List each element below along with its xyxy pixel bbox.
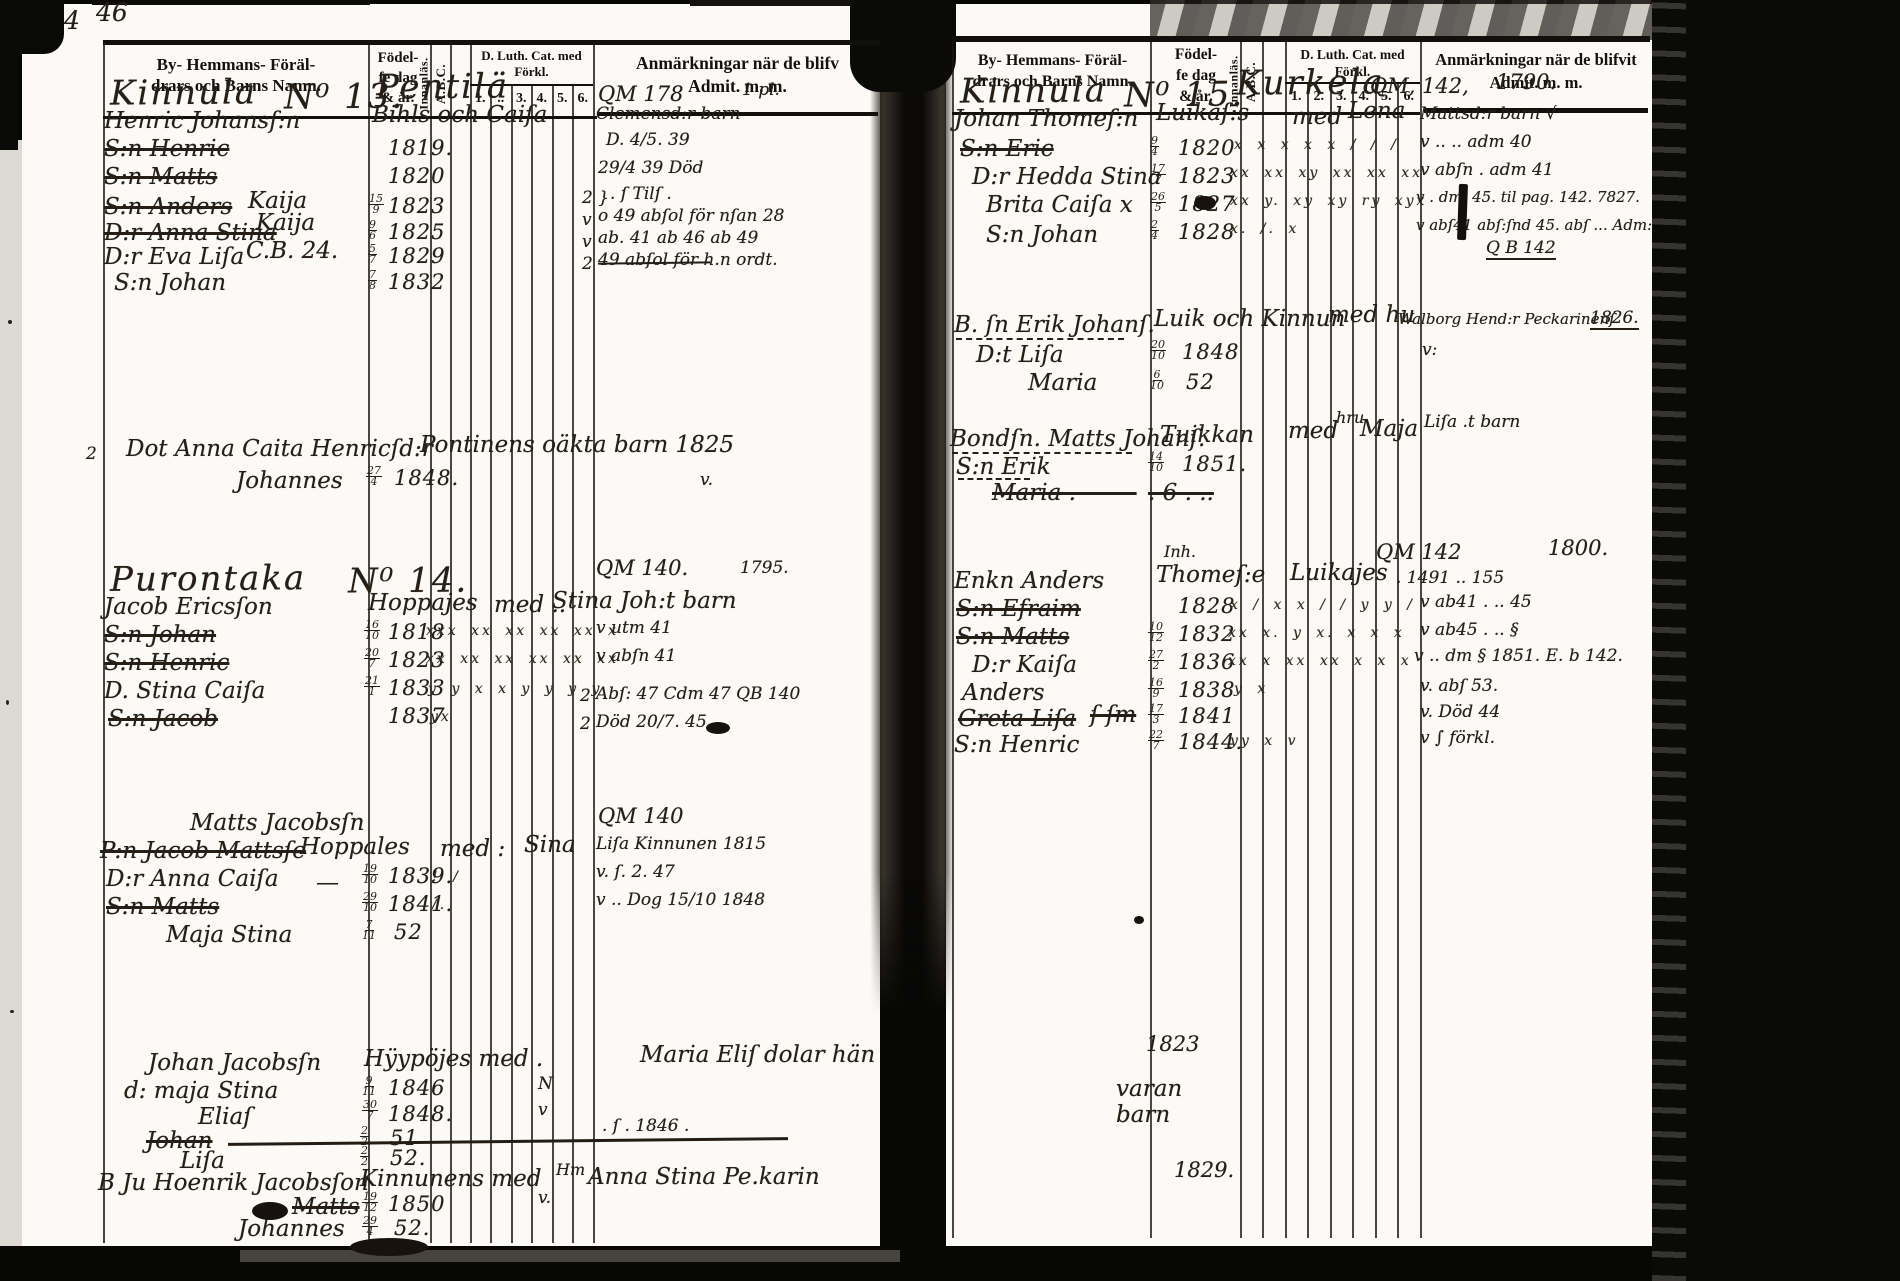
- dashed-underline: [958, 478, 1030, 480]
- remark-note: . 1491 .. 155: [1396, 570, 1504, 587]
- remark-note: Död 20/7. 45: [596, 714, 707, 731]
- remark-note: 1 pl.: [742, 82, 780, 99]
- entry-name: D:r Hedda Stina: [972, 166, 1162, 189]
- entry-name: Hÿypöjes med .: [364, 1048, 543, 1071]
- remark-note: v abſn . adm 41: [1420, 162, 1554, 179]
- attendance-marks: y y x x y y y y: [428, 682, 602, 696]
- remark-note: v ab45 . .. §: [1420, 622, 1519, 639]
- birth-date-fraction: 207: [364, 648, 380, 669]
- birth-year: 1823: [388, 196, 445, 217]
- village-heading: Purontaka: [110, 561, 306, 597]
- ink-blot: [1134, 916, 1144, 924]
- entry-name: D:t Liſa: [976, 344, 1064, 367]
- entry-name: Anders: [962, 682, 1045, 705]
- remark-note: v. Död 44: [1420, 704, 1500, 721]
- remark-note: Liſa .t barn: [1424, 414, 1520, 431]
- remark-note-large: QM, 142,: [1370, 76, 1469, 97]
- birth-year: 1819.: [388, 138, 453, 159]
- entry-name: S:n Johan: [114, 272, 226, 295]
- entry-name: Luik och Kinnun: [1154, 308, 1345, 331]
- birth-year: 1820: [1178, 138, 1235, 159]
- entry-name-struck: S:n Efraim: [956, 598, 1081, 621]
- entry-name: C.B. 24.: [246, 240, 338, 263]
- entry-name: d: maja Stina: [124, 1080, 278, 1103]
- birth-year: 52: [1186, 372, 1215, 393]
- birth-year: 1828: [1178, 222, 1235, 243]
- entry-name: D:r Anna Caiſa: [106, 868, 279, 891]
- page-number: 46: [96, 0, 128, 25]
- dashed-underline: [956, 338, 1124, 340]
- entry-name: B Ju Hoenrik Jacobsſon: [98, 1172, 369, 1195]
- entry-name: Luikajes: [1290, 562, 1388, 585]
- village-heading: Kinnula: [110, 75, 257, 110]
- birth-date-fraction: 24: [1150, 220, 1159, 241]
- birth-date-fraction: 294: [362, 1216, 378, 1237]
- birth-date-fraction: 96: [368, 220, 377, 241]
- entry-name-struck: S:n Johan: [104, 624, 216, 647]
- remark-note-large: 1829.: [1174, 1160, 1234, 1181]
- birth-date-fraction: 22: [360, 1146, 369, 1167]
- attendance-marks: xx x. y x. x x x: [1228, 626, 1405, 640]
- birth-date-fraction: 1910: [362, 864, 378, 885]
- birth-year: 1848.: [388, 1104, 453, 1125]
- birth-date-fraction: 307: [362, 1100, 378, 1121]
- entry-name: Johan Jacobsſn: [148, 1052, 321, 1075]
- remark-note: N: [538, 1076, 553, 1093]
- remark-note: 2: [582, 256, 593, 273]
- birth-date-fraction: 1410: [1148, 452, 1164, 473]
- birth-date-fraction: 1912: [362, 1192, 378, 1213]
- birth-date-fraction: 272: [1148, 650, 1164, 671]
- remark-note: v.: [700, 472, 713, 489]
- entry-name: S:n Erik: [956, 456, 1051, 479]
- remark-note: v. ſ. 2. 47: [596, 864, 675, 881]
- remark-note: 2: [580, 716, 591, 733]
- attendance-marks: y x: [1234, 682, 1268, 696]
- birth-year: 1846: [388, 1078, 445, 1099]
- entry-name-struck: Greta Liſa: [958, 708, 1076, 731]
- remark-note-large: 1790.: [1496, 72, 1556, 93]
- remark-note: 29/4 39 Död: [598, 160, 703, 177]
- remark-note: v utm 41: [596, 620, 672, 637]
- entry-name: varan: [1116, 1078, 1182, 1101]
- entry-name: med: [1292, 106, 1342, 129]
- remark-note: 2: [86, 446, 97, 463]
- entry-name: Luikaſ:s: [1156, 102, 1249, 125]
- entry-name: Johannes: [236, 470, 343, 493]
- remark-note: v: [582, 234, 592, 251]
- ink-blot: [252, 1202, 288, 1220]
- entry-name: D:r Eva Liſa: [104, 246, 244, 269]
- entry-name: B. ſn Erik Johanſ.: [954, 314, 1155, 337]
- birth-date-fraction: 78: [368, 270, 377, 291]
- entry-name-struck: S:n Matts: [106, 896, 219, 919]
- entry-name-small: Inh.: [1164, 544, 1196, 560]
- birth-year: 52.: [394, 1218, 430, 1239]
- remark-note-large: 1800.: [1548, 538, 1608, 559]
- birth-year: 1850: [388, 1194, 445, 1215]
- remark-note: v .. dm § 1851. E. b 142.: [1414, 648, 1623, 665]
- village-heading: Kinnula: [960, 73, 1107, 108]
- remark-note: 2 }: [582, 190, 609, 207]
- birth-date-fraction: 1610: [364, 620, 380, 641]
- remark-note-large: QM 140.: [596, 558, 688, 579]
- remark-note-large: QM 178: [598, 84, 683, 105]
- entry-name: Thomeſ:e: [1156, 564, 1265, 587]
- attendance-marks: /.: [432, 898, 447, 912]
- ink-blot: [350, 1238, 428, 1256]
- entry-name-struck: S:n Jacob: [108, 708, 218, 731]
- entry-name: S:n Henric: [954, 734, 1079, 757]
- remark-note: Liſa Kinnunen 1815: [596, 836, 766, 853]
- remark-note: v.: [538, 1190, 551, 1207]
- entry-name: Maja Stina: [166, 924, 292, 947]
- entry-name: S:n Johan: [986, 224, 1098, 247]
- entry-name: D. Stina Caiſa: [104, 680, 265, 703]
- birth-date-fraction: 274: [366, 466, 382, 487]
- entry-name: Enkn Anders: [954, 570, 1104, 593]
- page-number: 4: [64, 8, 80, 33]
- remark-note-small: v abſ41 abſ:ſnd 45. abſ ... Adm:: [1416, 218, 1652, 233]
- entry-name: —: [316, 872, 339, 895]
- entry-name: Kinnunens med: [360, 1168, 541, 1191]
- remark-note-large: QM 140: [598, 806, 683, 827]
- birth-year: 1825: [388, 222, 445, 243]
- remark-note: v .. .. adm 40: [1420, 134, 1532, 151]
- entry-name: Anna Stina Pe.karin: [588, 1166, 820, 1189]
- handwriting-layer: 446KinnulaN⁰ 13.PentiläQM 1781 pl.Henric…: [0, 0, 1900, 1281]
- remark-note: 1795.: [740, 560, 789, 577]
- remark-note: Abſ: 47 Cdm 47 QB 140: [596, 686, 800, 703]
- birth-year: 1838: [1178, 680, 1235, 701]
- attendance-marks: yy x v: [1230, 734, 1299, 748]
- remark-note: Clemensd:r barn: [596, 106, 741, 123]
- entry-name-struck: S:n Henric: [104, 652, 229, 675]
- entry-name: Pontinens oäkta barn 1825: [420, 434, 734, 457]
- birth-date-fraction: 211: [364, 676, 380, 697]
- entry-name: Johannes: [238, 1218, 345, 1241]
- entry-name: Dot Anna Caita Henricſd:r: [126, 438, 433, 461]
- birth-date-fraction: 265: [1150, 192, 1166, 213]
- remark-note: 2: [580, 688, 591, 705]
- entry-name-small: Hm: [556, 1162, 585, 1178]
- entry-name-struck: . 6 . ..: [1148, 482, 1214, 505]
- entry-name-struck: P:n Jacob Mattsſe: [100, 840, 306, 863]
- birth-date-fraction: 177: [1150, 164, 1166, 185]
- dashed-underline: [952, 452, 1132, 454]
- birth-date-fraction: 911: [362, 1076, 376, 1097]
- remark-note: v .. Dog 15/10 1848: [596, 892, 765, 909]
- entry-name-struck: S:n Matts: [104, 166, 217, 189]
- remark-note: v abſn 41: [596, 648, 676, 665]
- entry-name-struck: Maria . — —: [992, 482, 1137, 505]
- entry-name: Bihls och Caiſa: [372, 104, 547, 127]
- entry-name: Hoppajes: [368, 592, 478, 615]
- attendance-marks: xxx xx xx xx xx x: [426, 624, 619, 638]
- birth-year: 1820: [388, 166, 445, 187]
- birth-date-fraction: 94: [1150, 136, 1159, 157]
- attendance-marks: xx y. xy xy ry xyx: [1230, 194, 1427, 208]
- entry-name: Stina Joh:t barn: [552, 590, 737, 613]
- birth-year: 52: [394, 922, 423, 943]
- birth-year: 1832: [388, 272, 445, 293]
- birth-date-fraction: 173: [1148, 704, 1164, 725]
- entry-name-struck: ſ ſm: [1090, 704, 1136, 727]
- entry-name-struck: S:n Henric: [104, 138, 229, 161]
- village-heading: Pentilä: [376, 69, 509, 104]
- entry-name: Kaija: [256, 212, 315, 235]
- entry-name: Hoppales: [300, 836, 410, 859]
- entry-name: barn: [1116, 1104, 1170, 1127]
- remark-note: D. 4/5. 39: [606, 132, 690, 149]
- birth-date-fraction: 159: [368, 194, 384, 215]
- entry-name: med: [1288, 420, 1338, 443]
- entry-name-struck: S:n Anders: [104, 196, 232, 219]
- attendance-marks: ! /: [432, 870, 461, 884]
- remark-note-small: v . dm. 45. til pag. 142. 7827.: [1416, 190, 1640, 205]
- remark-note-large: QM 142: [1376, 542, 1461, 563]
- remark-note: ab. 41 ab 46 ab 49: [598, 230, 758, 247]
- birth-date-fraction: 610: [1150, 370, 1164, 391]
- remark-note: v. abſ 53.: [1420, 678, 1498, 695]
- entry-name: Maria: [1028, 372, 1097, 395]
- entry-name: Sina: [524, 834, 576, 857]
- entry-name: Jacob Ericsſon: [104, 596, 273, 619]
- birth-date-fraction: 227: [1148, 730, 1164, 751]
- birth-year: 1851.: [1182, 454, 1247, 475]
- remark-note: Mattsd:r barn √: [1420, 106, 1556, 123]
- entry-name-struck: S:n Eric: [960, 138, 1054, 161]
- entry-name: Henric Johansſ:n: [104, 110, 300, 133]
- attendance-marks: x x x x x / / /: [1234, 138, 1399, 152]
- birth-date-fraction: 2910: [362, 892, 378, 913]
- birth-date-fraction: 57: [368, 244, 377, 265]
- entry-name: Tuikkan: [1160, 424, 1254, 447]
- remark-note-underlined: 1826.: [1590, 310, 1639, 330]
- remark-note: v ∫ förkl.: [1420, 730, 1495, 747]
- strike-line: [228, 1137, 788, 1146]
- attendance-marks: xx xx xy xx xx xx: [1230, 166, 1423, 180]
- ink-blot: [1194, 196, 1216, 210]
- remark-note: v ab41 . .. 45: [1420, 594, 1532, 611]
- entry-name: Maria Eliſ dolar hän: [640, 1044, 875, 1067]
- entry-name: Matts Jacobsſn: [190, 812, 364, 835]
- birth-date-fraction: 2010: [1150, 340, 1166, 361]
- birth-date-fraction: 711: [362, 920, 376, 941]
- ink-blot: [706, 722, 730, 734]
- birth-year: 1848: [1182, 342, 1239, 363]
- birth-year: 1836: [1178, 652, 1235, 673]
- birth-date-fraction: 1012: [1148, 622, 1164, 643]
- remark-note: . ſ Tilſ .: [610, 186, 672, 203]
- scanned-parish-register: By- Hemmans- Föräl- drars och Barns Namn…: [0, 0, 1900, 1281]
- remark-note-small: Walborg Hend:r Peckarinenſ: [1398, 312, 1615, 327]
- entry-name: D:r Kaiſa: [972, 654, 1077, 677]
- remark-note-large: 1823: [1146, 1034, 1199, 1055]
- birth-year: 1829: [388, 246, 445, 267]
- entry-name: Maja: [1360, 418, 1418, 441]
- attendance-marks: xx x xx xx x x x: [1228, 654, 1412, 668]
- remark-note: 49 abſol för h.n ordt.: [598, 252, 778, 269]
- attendance-marks: xx xx xx xx xx xx: [426, 652, 619, 666]
- entry-name: Brita Caiſa x: [986, 194, 1133, 217]
- birth-date-fraction: 169: [1148, 678, 1164, 699]
- entry-name: med :: [440, 838, 505, 861]
- remark-note: v:: [1422, 342, 1437, 359]
- village-heading: Kurkela: [1236, 65, 1385, 100]
- entry-name: Eliaſ: [198, 1106, 252, 1129]
- remark-note: v: [582, 212, 592, 229]
- attendance-marks: x / x x / / y y /: [1230, 598, 1415, 612]
- entry-name: Johan Thomeſ:n: [954, 108, 1138, 131]
- birth-year: 1832: [1178, 624, 1235, 645]
- attendance-marks: yx: [430, 710, 452, 724]
- birth-year: 1848.: [394, 468, 459, 489]
- birth-year: 1823: [1178, 166, 1235, 187]
- remark-note-underlined: Q B 142: [1486, 240, 1556, 260]
- attendance-marks: x. /. x: [1230, 222, 1299, 236]
- remark-note: v: [538, 1102, 548, 1119]
- entry-name: Lena: [1348, 100, 1405, 123]
- birth-year: 1841: [1178, 706, 1235, 727]
- remark-note: o 49 abſol för nſan 28: [598, 208, 784, 225]
- entry-name-struck: S:n Matts: [956, 626, 1069, 649]
- birth-year: 1828: [1178, 596, 1235, 617]
- remark-note: . ſ . 1846 .: [602, 1118, 689, 1135]
